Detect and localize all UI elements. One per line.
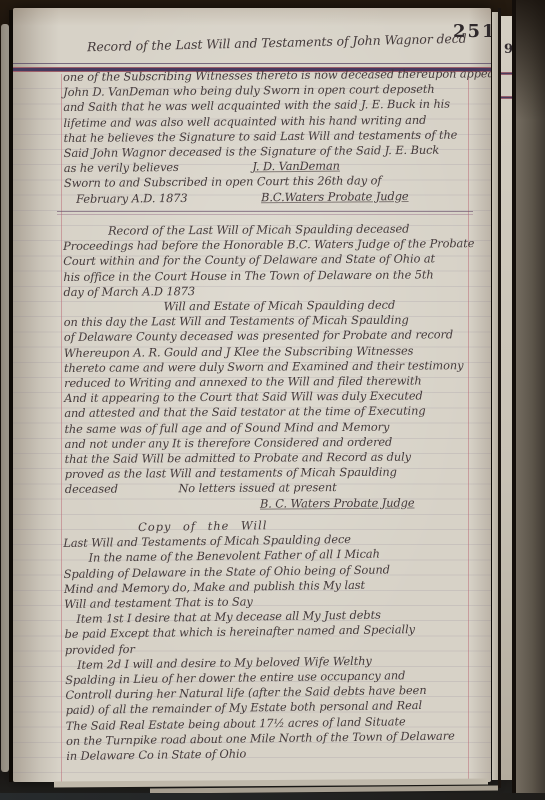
witness-signature: J. D. VanDeman — [252, 159, 340, 174]
judge-signature: B. C. Waters Probate Judge — [260, 495, 415, 510]
date-line: February A.D. 1873 — [76, 191, 188, 207]
edge-rule-mark — [501, 72, 512, 75]
record-book-page: 251 Record of the Last Will and Testamen… — [13, 8, 491, 782]
bottom-surface-band — [0, 793, 545, 800]
closing-phrase: as he verily believes — [64, 160, 179, 175]
header-rule-thin — [13, 63, 491, 64]
edge-rule-mark — [501, 96, 512, 99]
edge-page-number-fragment: 9 — [504, 42, 512, 57]
book-cover-edge — [516, 0, 545, 800]
entry-separator-rule — [57, 211, 473, 215]
handwritten-line: of Delaware County deceased was presente… — [64, 327, 491, 345]
judge-signature: B.C.Waters Probate Judge — [261, 189, 409, 204]
will-copy-entry: Copy of the Will Last Will and Testament… — [63, 515, 491, 764]
letters-note: No letters issued at present — [178, 481, 336, 496]
spaulding-entry: Record of the Last Will of Micah Spauldi… — [63, 221, 491, 513]
handwritten-line: his office in the Court House in The Tow… — [63, 267, 491, 285]
underlying-page-edge-left — [1, 24, 9, 772]
left-margin-line — [61, 74, 62, 782]
page-header-title: Record of the Last Will and Testaments o… — [87, 31, 467, 55]
book-cover-edge-shadow — [516, 0, 545, 120]
handwritten-line: B. C. Waters Probate Judge — [65, 495, 491, 513]
page-edge-strip: 9 — [501, 16, 512, 780]
closing-word: deceased — [65, 482, 118, 496]
photographed-record-book: 251 Record of the Last Will and Testamen… — [0, 0, 545, 800]
handwritten-line: thereto came and were duly Sworn and Exa… — [64, 358, 491, 376]
wagnor-entry: one of the Subscribing Witnesses thereto… — [63, 66, 491, 207]
